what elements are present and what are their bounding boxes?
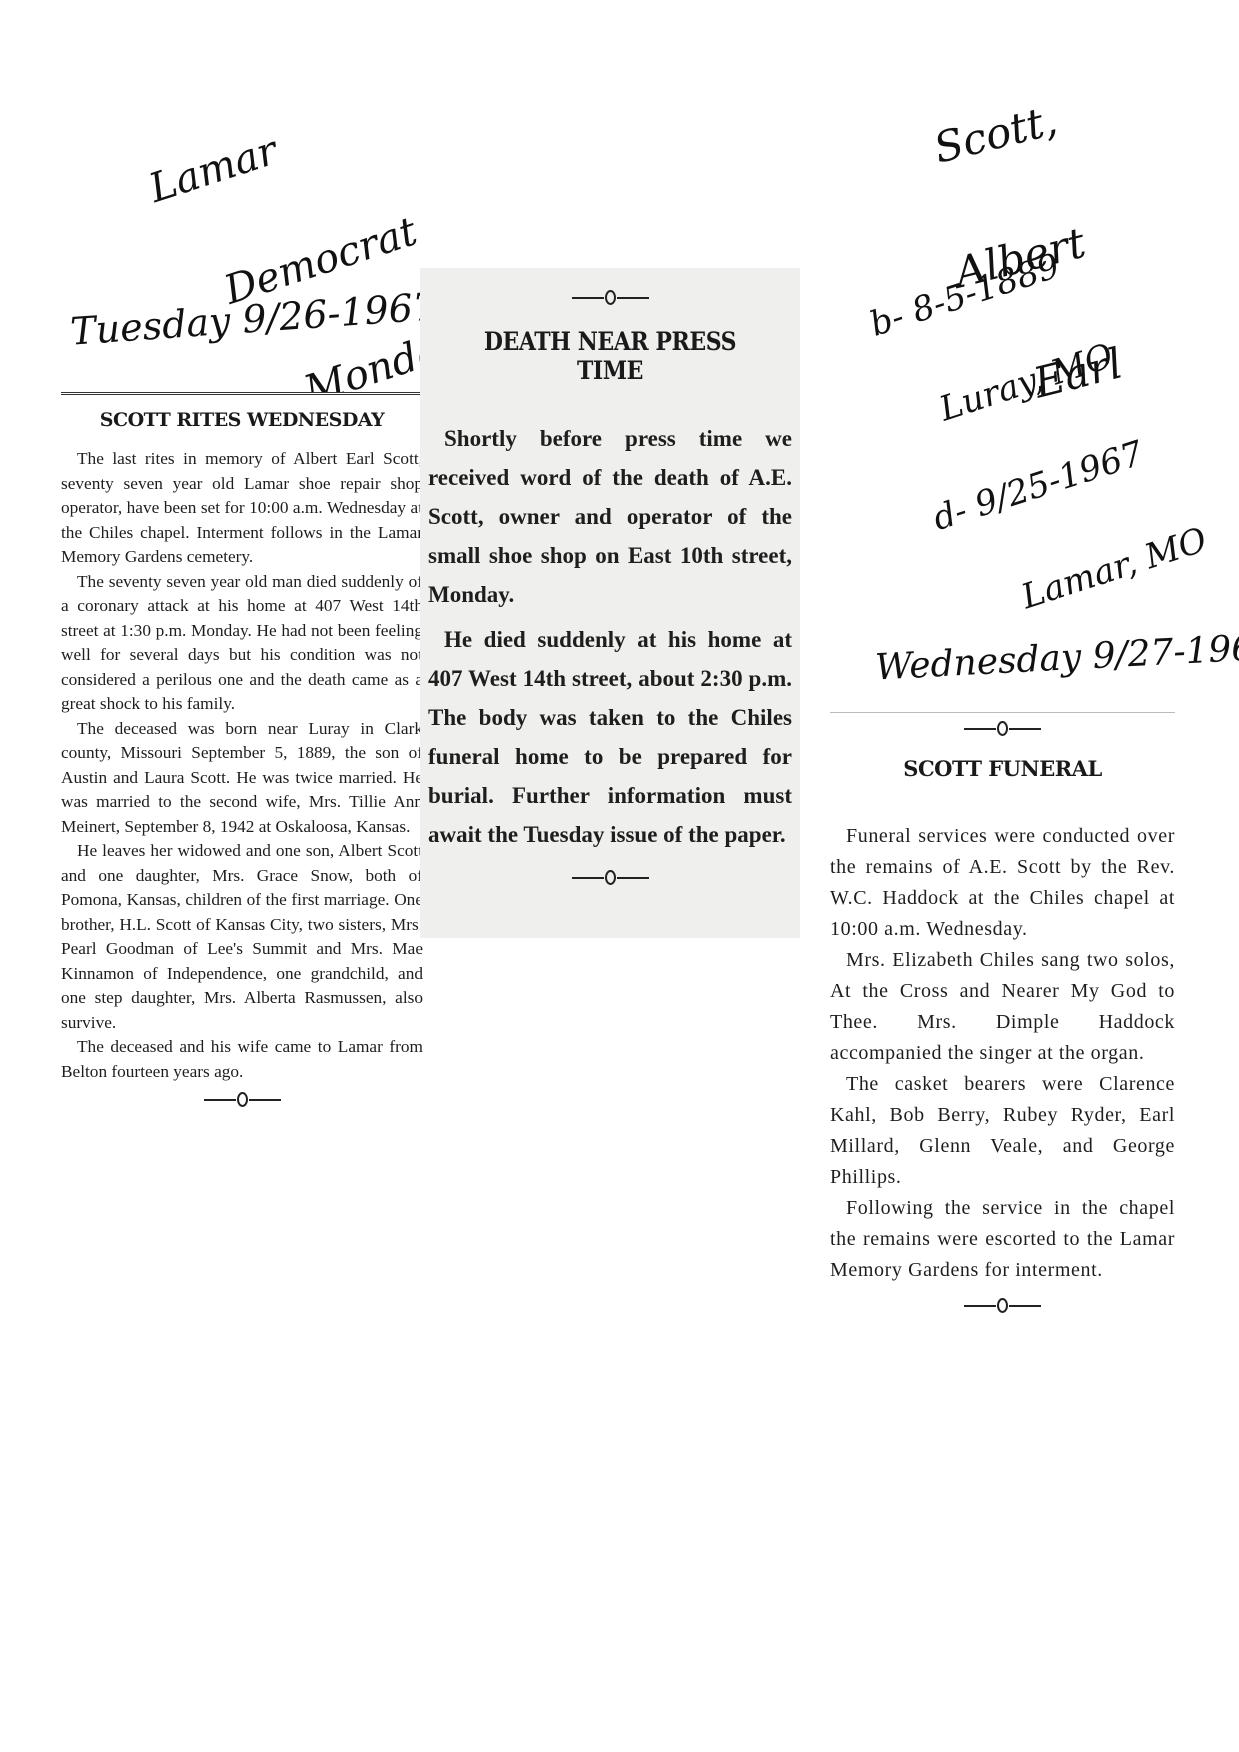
paragraph: Funeral services were conducted over the… — [830, 821, 1175, 945]
section-divider — [428, 870, 792, 885]
headline: SCOTT RITES WEDNESDAY — [61, 409, 423, 431]
death-place: Lamar, MO — [1018, 523, 1211, 615]
paragraph: Following the service in the chapel the … — [830, 1193, 1175, 1286]
birth-place: Luray, MO — [936, 329, 1148, 427]
paragraph: The seventy seven year old man died sudd… — [61, 570, 423, 717]
handwritten-wednesday-note: Wednesday 9/27-1967 — [874, 629, 1239, 686]
note-line: Scott, — [930, 98, 1066, 170]
paragraph: The deceased and his wife came to Lamar … — [61, 1035, 423, 1084]
section-divider — [428, 290, 792, 305]
section-divider — [830, 721, 1175, 736]
paragraph: He died suddenly at his home at 407 West… — [428, 620, 792, 854]
paragraph: The deceased was born near Luray in Clar… — [61, 717, 423, 840]
paragraph: He leaves her widowed and one son, Alber… — [61, 839, 423, 1035]
section-divider — [61, 1092, 423, 1107]
section-divider — [830, 1298, 1175, 1313]
paragraph: The last rites in memory of Albert Earl … — [61, 447, 423, 570]
headline: DEATH NEAR PRESS TIME — [450, 327, 770, 385]
paragraph: Mrs. Elizabeth Chiles sang two solos, At… — [830, 945, 1175, 1069]
handwritten-vitals-note: b- 8-5-1889 Luray, MO d- 9/25-1967 Lamar… — [845, 167, 1221, 665]
clipping-death-near-press-time: DEATH NEAR PRESS TIME Shortly before pre… — [420, 268, 800, 938]
paragraph: Shortly before press time we received wo… — [428, 419, 792, 614]
note-line: Lamar — [145, 64, 486, 209]
paragraph: The casket bearers were Clarence Kahl, B… — [830, 1069, 1175, 1193]
birth-date: b- 8-5-1889 — [866, 232, 1116, 342]
clipping-scott-rites: SCOTT RITES WEDNESDAY The last rites in … — [55, 392, 429, 1512]
clipping-scott-funeral: SCOTT FUNERAL Funeral services were cond… — [830, 712, 1175, 1432]
rule — [830, 712, 1175, 713]
headline: SCOTT FUNERAL — [830, 756, 1175, 781]
rule — [61, 392, 423, 395]
death-date: d- 9/25-1967 — [929, 426, 1179, 536]
